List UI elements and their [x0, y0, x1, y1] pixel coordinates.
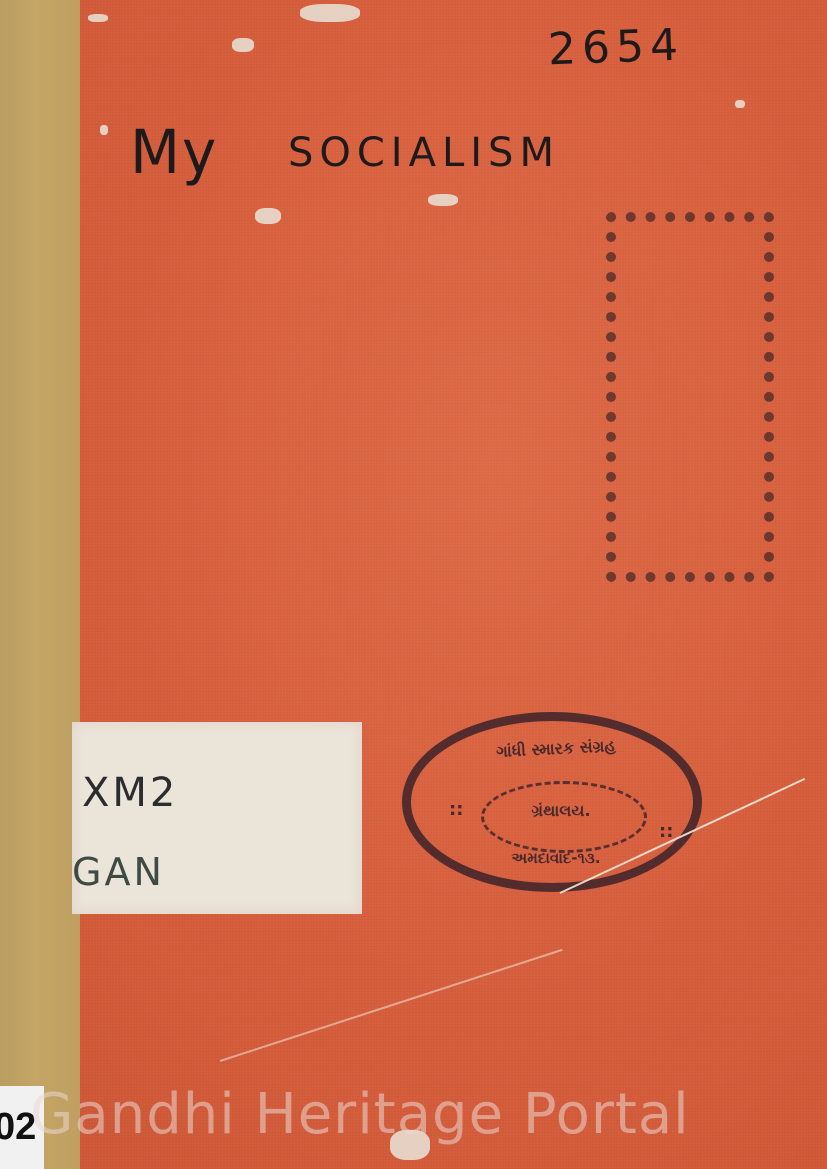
wear-speck [100, 125, 108, 135]
catalog-number: 2654 [547, 20, 685, 76]
rectangular-stamp [606, 212, 774, 582]
cover-crack [220, 949, 563, 1062]
wear-speck [735, 100, 745, 108]
label-class-number: XM2 [82, 770, 178, 816]
wear-speck [300, 4, 360, 22]
library-oval-stamp: ગાંધી સ્મારક સંગ્રહ ગ્રંથાલય. અમદાવાદ-૧૩… [402, 712, 702, 892]
label-author-code: GAN [72, 850, 165, 894]
stamp-top-text: ગાંધી સ્મારક સંગ્રહ [451, 734, 662, 765]
wear-speck [232, 38, 254, 52]
stamp-center-text: ગ્રંથાલય. [491, 801, 631, 821]
wear-speck [88, 14, 108, 22]
wear-speck [255, 208, 281, 224]
library-label: XM2 GAN [72, 722, 362, 914]
title-word-my: My [130, 116, 218, 187]
book-cover: 2654 My SOCIALISM XM2 GAN ગાંધી સ્મારક સ… [0, 0, 827, 1169]
stamp-dots-left: :: [449, 799, 463, 820]
wear-speck [428, 194, 458, 206]
spine-strip [0, 0, 80, 1169]
stamp-bottom-text: અમદાવાદ-૧૩. [471, 849, 641, 867]
watermark: Gandhi Heritage Portal [30, 1082, 690, 1147]
title-word-socialism: SOCIALISM [288, 130, 560, 176]
